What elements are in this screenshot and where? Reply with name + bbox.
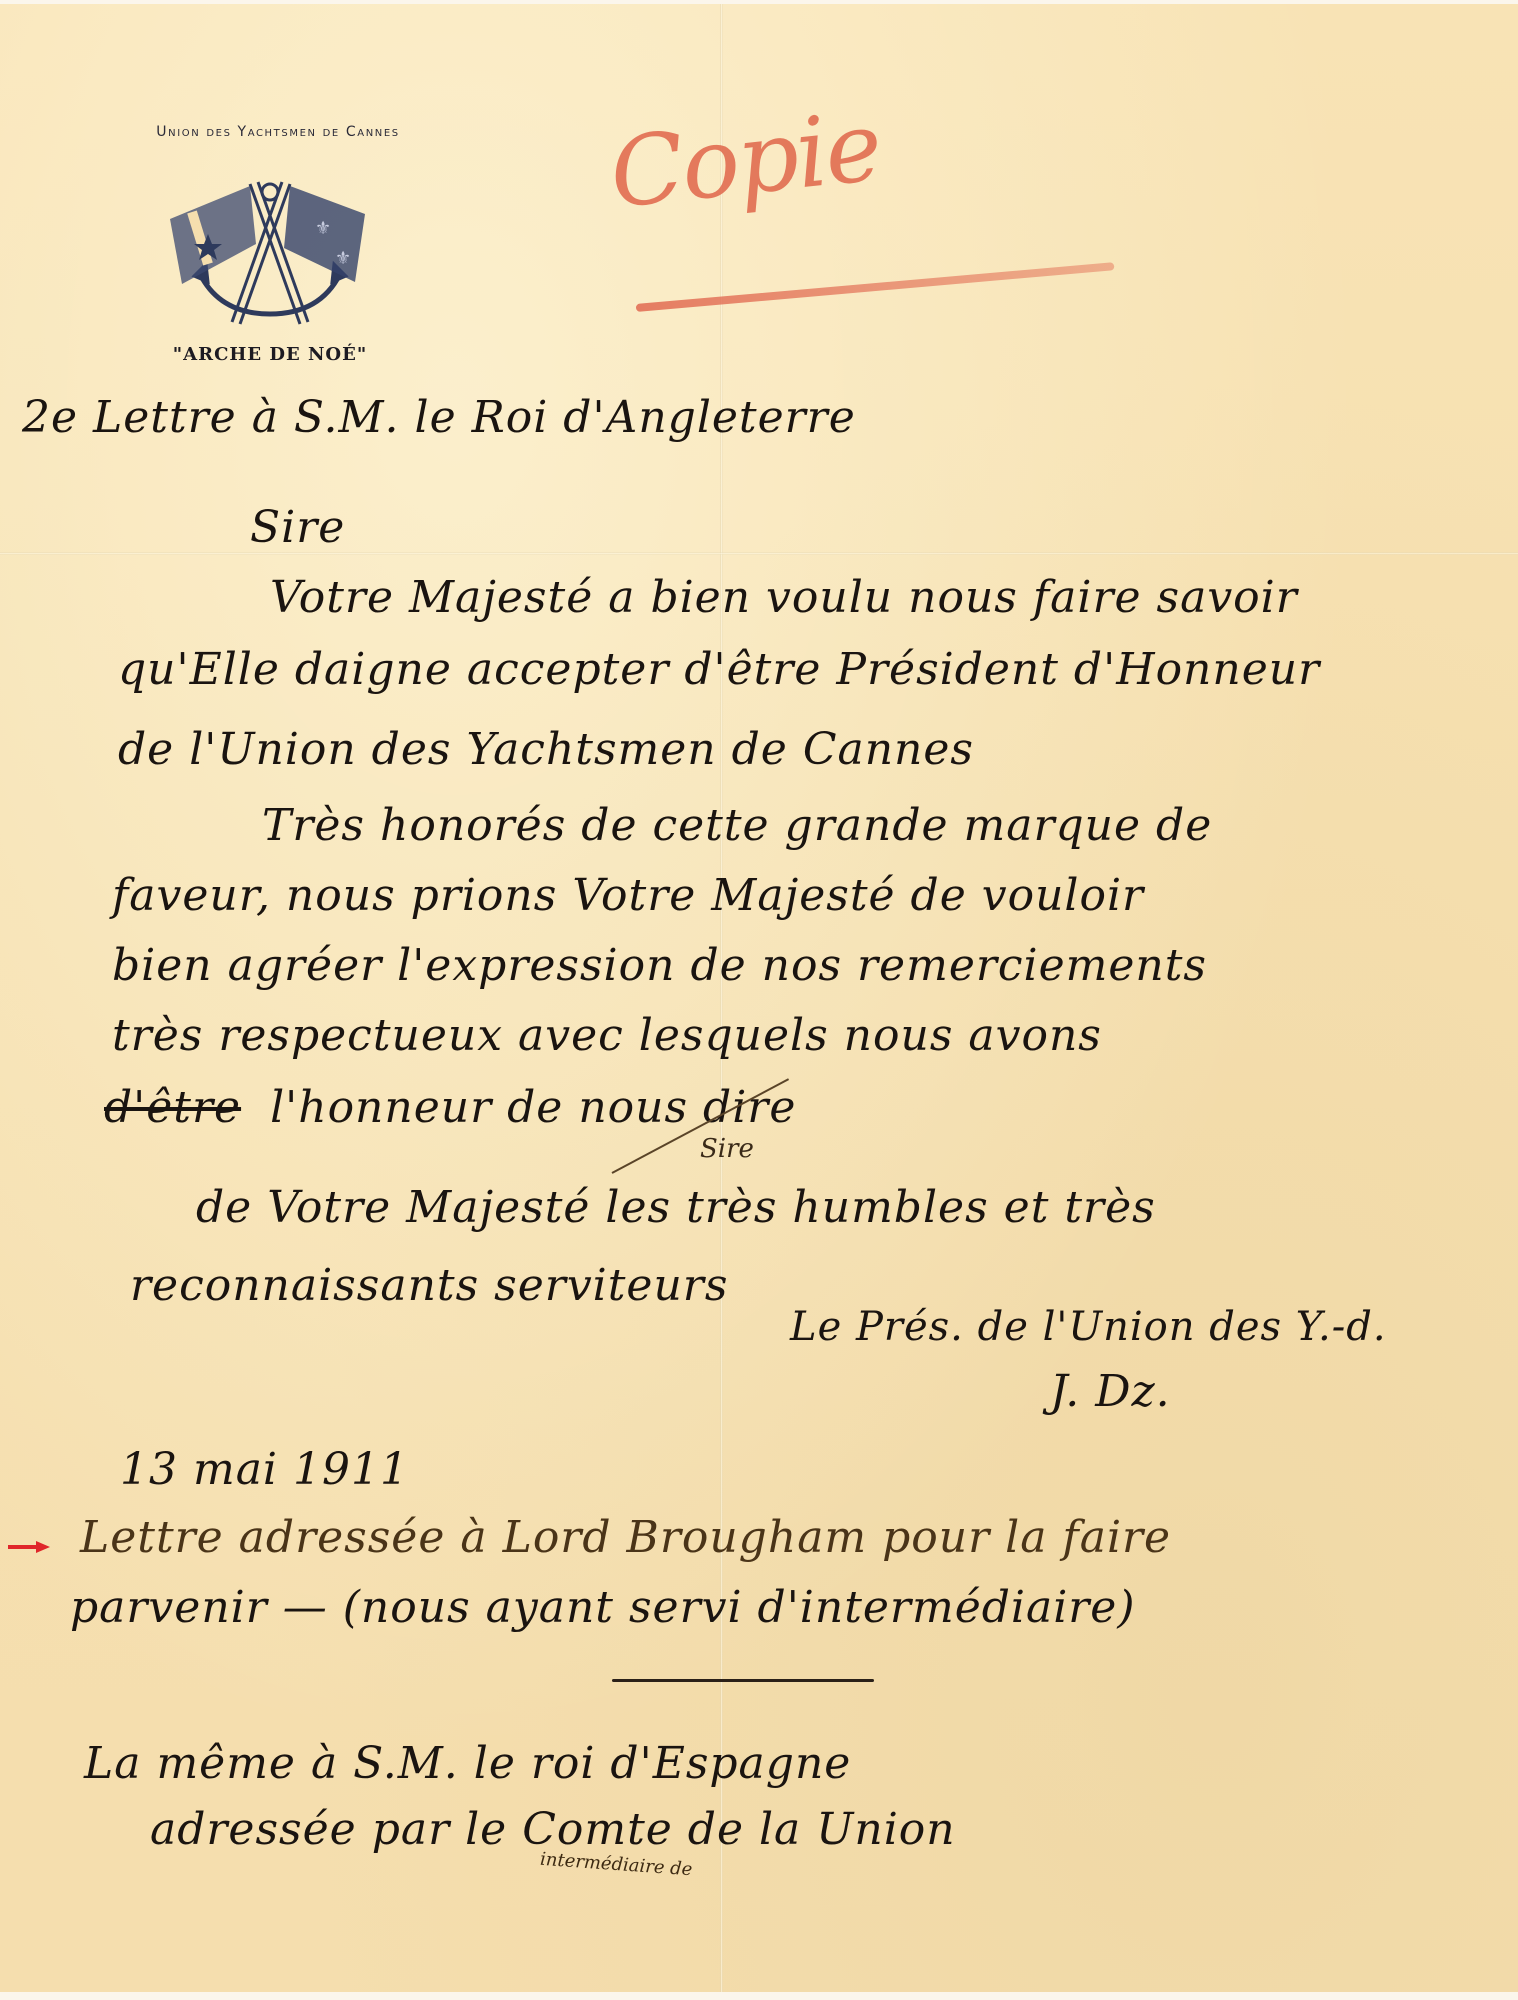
body-line-8: d'être l'honneur de nous dire xyxy=(104,1082,796,1133)
horizontal-fold-crease xyxy=(0,552,1518,555)
signature-title: Le Prés. de l'Union des Y.-d. xyxy=(790,1304,1387,1350)
note-line-1: Lettre adressée à Lord Brougham pour la … xyxy=(80,1512,1171,1563)
body-line-7: très respectueux avec lesquels nous avon… xyxy=(112,1010,1102,1061)
spain-line-1: La même à S.M. le roi d'Espagne xyxy=(84,1738,851,1789)
body-line-6: bien agréer l'expression de nos remercie… xyxy=(112,940,1207,991)
signature-initials: J. Dz. xyxy=(1050,1366,1171,1417)
struck-word: d'être xyxy=(104,1082,241,1133)
body-line-8-text: l'honneur de nous dire xyxy=(270,1082,796,1133)
salutation: Sire xyxy=(250,502,345,553)
closing-line-2: reconnaissants serviteurs xyxy=(130,1260,728,1311)
svg-text:⚜: ⚜ xyxy=(315,218,331,239)
spain-line-2: adressée par le Comte de la Union xyxy=(150,1804,956,1855)
body-line-3: de l'Union des Yachtsmen de Cannes xyxy=(118,724,974,775)
closing-line-1: de Votre Majesté les très humbles et trè… xyxy=(196,1182,1156,1233)
svg-text:⚜: ⚜ xyxy=(335,248,351,269)
red-arrow-icon xyxy=(6,1540,52,1554)
note-line-2: parvenir — (nous ayant servi d'intermédi… xyxy=(70,1582,1136,1633)
letterhead-motto: "ARCHE DE NOÉ" xyxy=(120,344,420,365)
letter-heading: 2e Lettre à S.M. le Roi d'Angleterre xyxy=(22,392,856,443)
section-divider xyxy=(612,1679,874,1682)
body-line-1: Votre Majesté a bien voulu nous faire sa… xyxy=(270,572,1298,623)
crossed-flags-anchor-icon: ⚜ ⚜ xyxy=(150,164,390,334)
copie-underline xyxy=(636,262,1115,312)
body-line-4: Très honorés de cette grande marque de xyxy=(262,800,1212,851)
body-line-2: qu'Elle daigne accepter d'être Président… xyxy=(118,644,1320,695)
note-date: 13 mai 1911 xyxy=(120,1444,409,1495)
closing-insert-sire: Sire xyxy=(700,1134,754,1164)
letter-sheet: Union des Yachtsmen de Cannes ⚜ ⚜ "ARCHE… xyxy=(0,4,1518,1992)
letterhead-organization: Union des Yachtsmen de Cannes xyxy=(88,124,468,140)
copie-annotation: Copie xyxy=(605,90,885,230)
body-line-5: faveur, nous prions Votre Majesté de vou… xyxy=(112,870,1144,921)
